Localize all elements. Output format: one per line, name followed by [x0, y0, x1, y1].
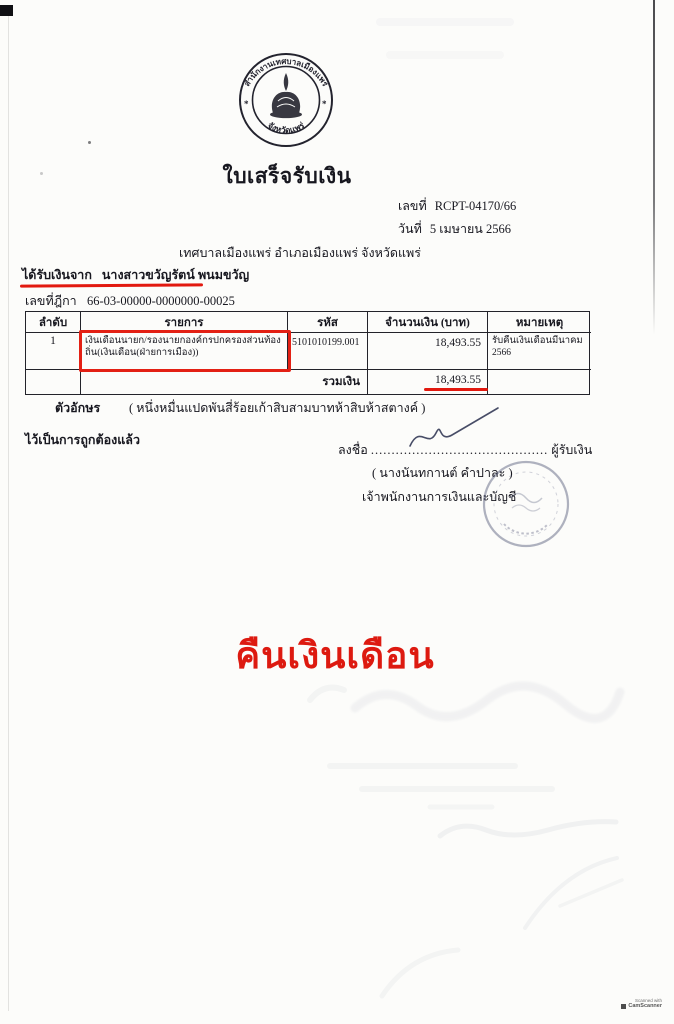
received-from-label: ได้รับเงินจาก: [22, 268, 92, 282]
bleed-through-marks: [0, 0, 674, 1024]
scan-speck: [88, 141, 91, 144]
paper-fold-line: [8, 16, 9, 1011]
red-underline-total: [424, 388, 488, 391]
row-no: 1: [26, 333, 81, 370]
voucher-label: เลขที่ฎีกา: [25, 291, 87, 311]
voucher-number: 66-03-00000-0000000-00025: [87, 294, 235, 308]
row-description-text: เงินเดือนนายก/รองนายกองค์กรปกครองส่วนท้อ…: [85, 336, 281, 358]
col-header-note: หมายเหตุ: [488, 312, 591, 333]
seal-emblem-icon: [270, 73, 302, 118]
scanned-receipt-page: สำนักงานเทศบาลเมืองแพร่ จังหวัดแพร่ * * …: [0, 0, 674, 1024]
date-line: วันที่5 เมษายน 2566: [398, 219, 511, 239]
receipt-number-line: เลขที่RCPT-04170/66: [398, 196, 516, 216]
col-header-amount: จำนวนเงิน (บาท): [368, 312, 488, 333]
handwritten-signature: [398, 402, 508, 452]
amount-in-words-label: ตัวอักษร: [55, 398, 129, 418]
received-from-value: นางสาวขวัญรัตน์ พนมขวัญ: [102, 268, 249, 282]
row-code: 5101010199.001: [288, 333, 368, 370]
date-value: 5 เมษายน 2566: [430, 222, 511, 236]
correctness-note: ไว้เป็นการถูกต้องแล้ว: [25, 430, 140, 450]
municipal-seal: สำนักงานเทศบาลเมืองแพร่ จังหวัดแพร่ * *: [236, 50, 336, 150]
row-note: รับคืนเงินเดือนมีนาคม 2566: [488, 333, 591, 370]
seal-right-star-icon: *: [322, 99, 327, 109]
amount-in-words-value: ( หนึ่งหมื่นแปดพันสี่ร้อยเก้าสิบสามบาทห้…: [129, 401, 425, 415]
total-label: รวมเงิน: [81, 370, 368, 394]
payee-label: ผู้รับเงิน: [551, 443, 592, 457]
row-amount: 18,493.55: [368, 333, 488, 370]
total-row-empty: [26, 370, 81, 394]
total-note-empty: [488, 370, 591, 394]
seal-bottom-text: จังหวัดแพร่: [266, 120, 307, 135]
receipt-table: ลำดับ รายการ รหัส จำนวนเงิน (บาท) หมายเห…: [25, 311, 590, 395]
watermark-line2: CamScanner: [628, 1003, 662, 1009]
receipt-number-label: เลขที่: [398, 199, 427, 213]
svg-text:จังหวัดแพร่: จังหวัดแพร่: [266, 120, 307, 135]
office-line: เทศบาลเมืองแพร่ อำเภอเมืองแพร่ จังหวัดแพ…: [60, 243, 540, 263]
voucher-line: เลขที่ฎีกา66-03-00000-0000000-00025: [25, 291, 235, 311]
red-underline-name: [20, 283, 203, 287]
page-title: ใบเสร็จรับเงิน: [187, 160, 387, 193]
col-header-code: รหัส: [288, 312, 368, 333]
seal-left-star-icon: *: [244, 99, 249, 109]
scan-corner-mark: [0, 5, 13, 16]
date-label: วันที่: [398, 222, 422, 236]
col-header-description: รายการ: [81, 312, 288, 333]
sign-label: ลงชื่อ: [338, 443, 368, 457]
red-annotation: คืนเงินเดือน: [160, 626, 510, 685]
official-stamp: [480, 458, 572, 550]
receipt-number-value: RCPT-04170/66: [435, 199, 517, 213]
scan-speck: [40, 172, 43, 175]
received-from-line: ได้รับเงินจากนางสาวขวัญรัตน์ พนมขวัญ: [22, 265, 249, 285]
row-description: เงินเดือนนายก/รองนายกองค์กรปกครองส่วนท้อ…: [81, 333, 288, 370]
camscanner-watermark: Scanned with CamScanner: [596, 998, 662, 1009]
col-header-no: ลำดับ: [26, 312, 81, 333]
camscanner-icon: [621, 1004, 626, 1009]
amount-in-words-line: ตัวอักษร( หนึ่งหมื่นแปดพันสี่ร้อยเก้าสิบ…: [55, 398, 425, 418]
scan-edge-line: [653, 0, 655, 335]
